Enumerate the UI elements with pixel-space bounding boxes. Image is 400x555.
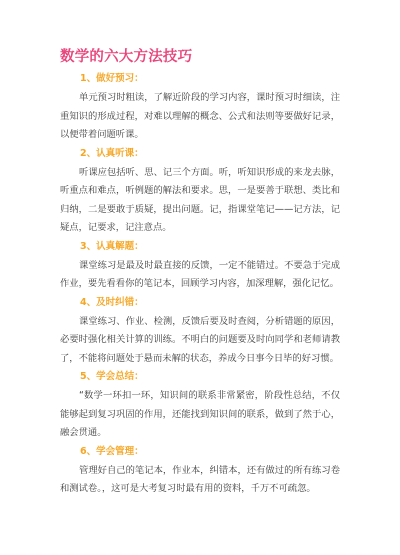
- section-body: 课堂练习、作业、检测，反馈后要及时查阅，分析错题的原因，必要时强化相关计算的训练…: [60, 313, 340, 369]
- section-heading: 1、做好预习：: [80, 72, 340, 86]
- section-body: “数学一环扣一环，知识间的联系非常紧密，阶段性总结，不仅能够起到复习巩固的作用，…: [60, 387, 340, 443]
- section-manage: 6、学会管理： 管理好自己的笔记本，作业本，纠错本，还有做过的所有练习卷和测试卷…: [60, 445, 340, 499]
- section-body: 单元预习时粗读，了解近阶段的学习内容，课时预习时细读，注重知识的形成过程，对难以…: [60, 89, 340, 145]
- section-body: 听课应包括听、思、记三个方面。听，听知识形成的来龙去脉，听重点和难点，听例题的解…: [60, 164, 340, 238]
- section-heading: 2、认真听课：: [80, 147, 340, 161]
- section-listen: 2、认真听课： 听课应包括听、思、记三个方面。听，听知识形成的来龙去脉，听重点和…: [60, 147, 340, 238]
- section-body: 管理好自己的笔记本，作业本，纠错本，还有做过的所有练习卷和测试卷。，这可是大考复…: [60, 462, 340, 499]
- section-heading: 6、学会管理：: [80, 445, 340, 459]
- section-summarize: 5、学会总结： “数学一环扣一环，知识间的联系非常紧密，阶段性总结，不仅能够起到…: [60, 370, 340, 443]
- section-body: 课堂练习是最及时最直接的反馈，一定不能错过。不要急于完成作业，要先看看你的笔记本…: [60, 257, 340, 294]
- document-page: 数学的六大方法技巧 1、做好预习： 单元预习时粗读，了解近阶段的学习内容，课时预…: [60, 48, 340, 501]
- section-heading: 4、及时纠错：: [80, 296, 340, 310]
- document-title: 数学的六大方法技巧: [60, 48, 340, 66]
- section-heading: 5、学会总结：: [80, 370, 340, 384]
- section-preview: 1、做好预习： 单元预习时粗读，了解近阶段的学习内容，课时预习时细读，注重知识的…: [60, 72, 340, 145]
- section-solve: 3、认真解题： 课堂练习是最及时最直接的反馈，一定不能错过。不要急于完成作业，要…: [60, 240, 340, 294]
- section-heading: 3、认真解题：: [80, 240, 340, 254]
- section-correct: 4、及时纠错： 课堂练习、作业、检测，反馈后要及时查阅，分析错题的原因，必要时强…: [60, 296, 340, 369]
